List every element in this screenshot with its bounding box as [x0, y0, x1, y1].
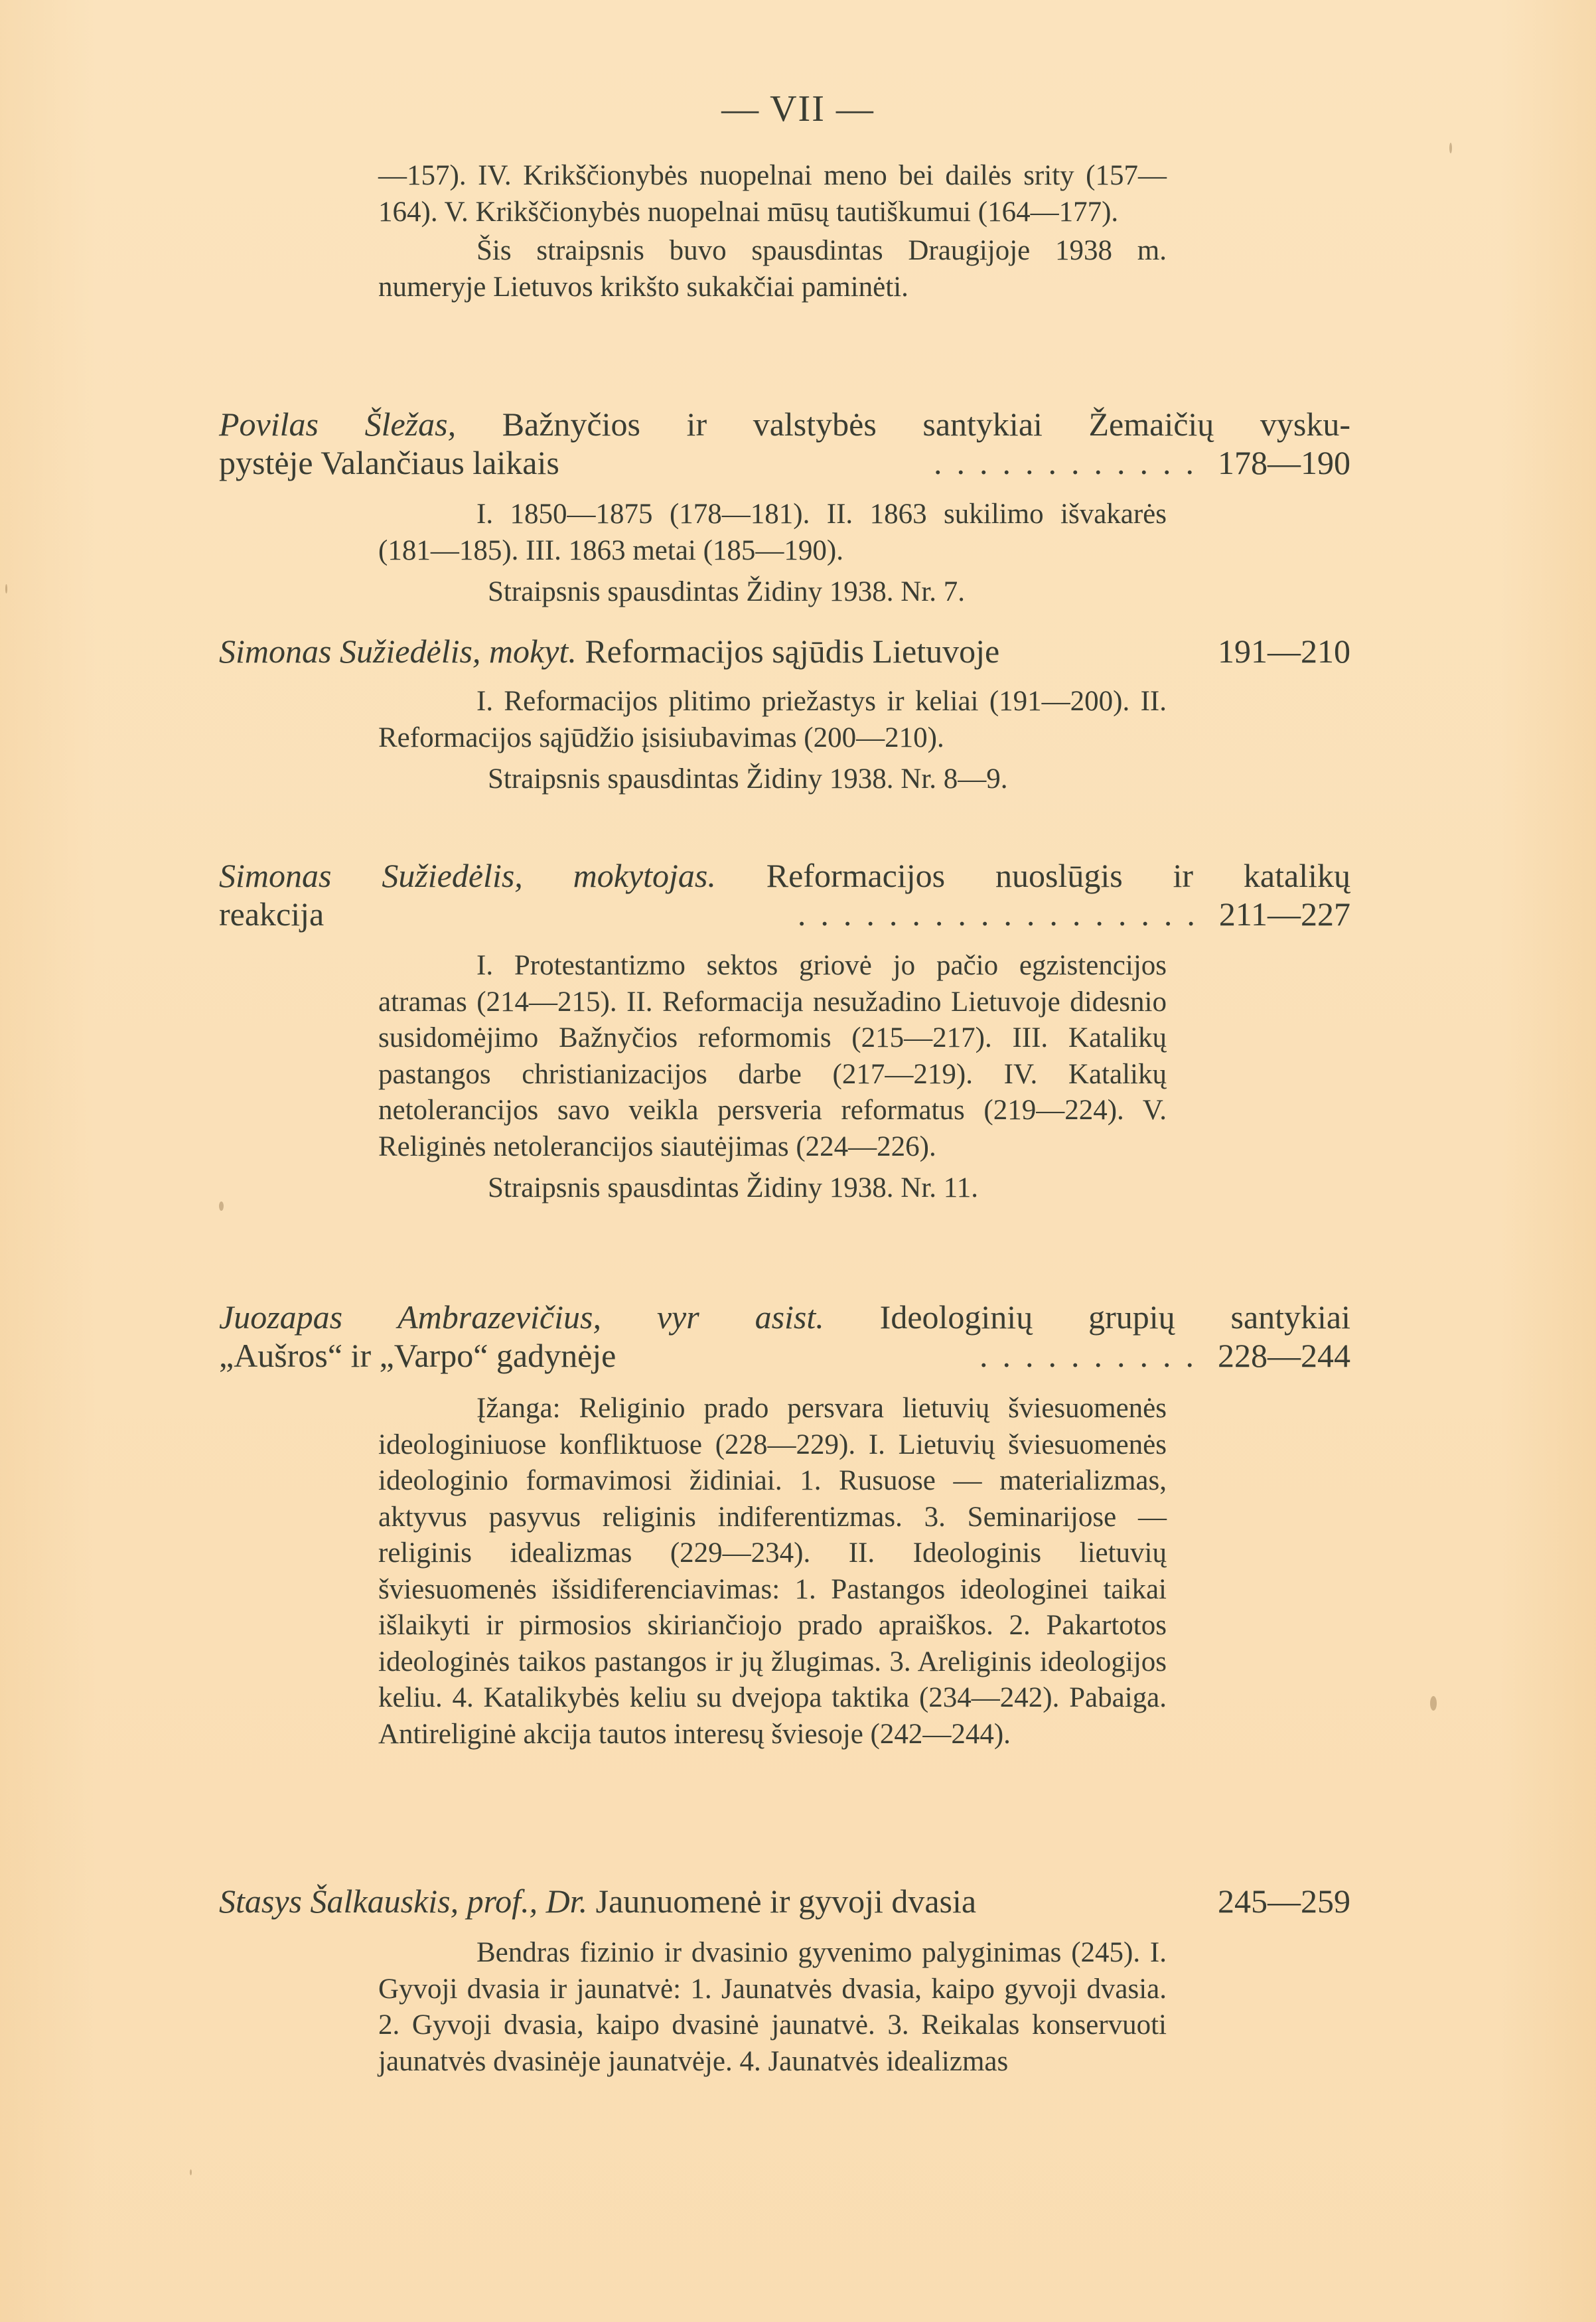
paper-stain	[190, 2169, 192, 2175]
entry-line-2: pystėje Valančiaus laikais ............ …	[219, 443, 1350, 482]
entry-title: Ideologinių grupių santykiai	[880, 1298, 1350, 1336]
entry-summary: Bendras fizinio ir dvasinio gyvenimo pal…	[378, 1935, 1167, 2080]
entry-author: Simonas Sužiedėlis, mokyt.	[219, 633, 577, 670]
entry-pages: 178—190	[1218, 443, 1350, 482]
toc-entry[interactable]: Simonas Sužiedėlis, mokytojas. Reformaci…	[219, 856, 1350, 933]
entry-title: Bažnyčios ir valstybės santykiai Žemaiči…	[502, 406, 1350, 443]
entry-title-cont: „Aušros“ ir „Varpo“ gadynėje	[219, 1336, 616, 1375]
paper-stain	[219, 1201, 224, 1211]
toc-entry[interactable]: Povilas Šležas, Bažnyčios ir valstybės s…	[219, 405, 1350, 482]
entry-summary: I. Protestantizmo sektos griovė jo pačio…	[378, 948, 1167, 1165]
toc-entry[interactable]: Juozapas Ambrazevičius, vyr asist. Ideol…	[219, 1298, 1350, 1375]
entry-summary-block: I. Protestantizmo sektos griovė jo pačio…	[378, 948, 1167, 1207]
entry-title-cont: reakcija	[219, 895, 324, 933]
entry-summary: Įžanga: Religinio prado persvara lietuvi…	[378, 1391, 1167, 1752]
toc-entry[interactable]: Simonas Sužiedėlis, mokyt. Reformacijos …	[219, 632, 1350, 670]
entry-author: Stasys Šalkauskis, prof., Dr.	[219, 1883, 587, 1920]
continuation-block: —157). IV. Krikščionybės nuopelnai meno …	[378, 158, 1167, 305]
entry-summary-block: I. Reformacijos plitimo priežastys ir ke…	[378, 684, 1167, 798]
entry-pages: 191—210	[1218, 632, 1350, 670]
entry-line-1: Povilas Šležas, Bažnyčios ir valstybės s…	[219, 405, 1350, 443]
dot-leader: ..................	[333, 895, 1210, 933]
book-page: — VII — —157). IV. Krikščionybės nuopeln…	[0, 0, 1596, 2322]
entry-summary: I. Reformacijos plitimo priežastys ir ke…	[378, 684, 1167, 756]
dot-leader: ..........	[625, 1336, 1208, 1375]
entry-line-2: „Aušros“ ir „Varpo“ gadynėje .......... …	[219, 1336, 1350, 1375]
entry-note: Straipsnis spausdintas Židiny 1938. Nr. …	[378, 1170, 1167, 1207]
entry-line-1: Simonas Sužiedėlis, mokytojas. Reformaci…	[219, 856, 1350, 895]
toc-entry[interactable]: Stasys Šalkauskis, prof., Dr. Jaunuomenė…	[219, 1882, 1350, 1920]
entry-pages: 228—244	[1218, 1336, 1350, 1375]
entry-summary-block: I. 1850—1875 (178—181). II. 1863 sukilim…	[378, 497, 1167, 611]
entry-author: Juozapas Ambrazevičius, vyr asist.	[219, 1298, 824, 1336]
continuation-note: Šis straipsnis buvo spausdintas Draugijo…	[378, 233, 1167, 305]
entry-line-1: Stasys Šalkauskis, prof., Dr. Jaunuomenė…	[219, 1882, 1350, 1920]
entry-note: Straipsnis spausdintas Židiny 1938. Nr. …	[378, 761, 1167, 798]
entry-line-2: reakcija .................. 211—227	[219, 895, 1350, 933]
entry-title: Jaunuomenė ir gyvoji dvasia	[596, 1883, 977, 1920]
entry-title: Reformacijos sąjūdis Lietuvoje	[585, 633, 999, 670]
dot-leader: ............	[569, 443, 1208, 482]
entry-author: Simonas Sužiedėlis, mokytojas.	[219, 857, 716, 894]
paper-stain	[1430, 1696, 1437, 1711]
entry-pages: 245—259	[1218, 1882, 1350, 1920]
paper-stain	[1449, 143, 1452, 153]
entry-line-1: Juozapas Ambrazevičius, vyr asist. Ideol…	[219, 1298, 1350, 1336]
entry-title: Reformacijos nuoslūgis ir katalikų	[766, 857, 1350, 894]
continuation-summary: —157). IV. Krikščionybės nuopelnai meno …	[378, 158, 1167, 230]
entry-author: Povilas Šležas,	[219, 406, 456, 443]
entry-title-cont: pystėje Valančiaus laikais	[219, 443, 559, 482]
entry-summary-block: Bendras fizinio ir dvasinio gyvenimo pal…	[378, 1935, 1167, 2080]
entry-summary-block: Įžanga: Religinio prado persvara lietuvi…	[378, 1391, 1167, 1752]
entry-note: Straipsnis spausdintas Židiny 1938. Nr. …	[378, 574, 1167, 611]
entry-line-1: Simonas Sužiedėlis, mokyt. Reformacijos …	[219, 632, 1350, 670]
entry-summary: I. 1850—1875 (178—181). II. 1863 sukilim…	[378, 497, 1167, 569]
entry-pages: 211—227	[1219, 895, 1350, 933]
page-number: — VII —	[0, 88, 1596, 130]
paper-stain	[5, 584, 7, 593]
